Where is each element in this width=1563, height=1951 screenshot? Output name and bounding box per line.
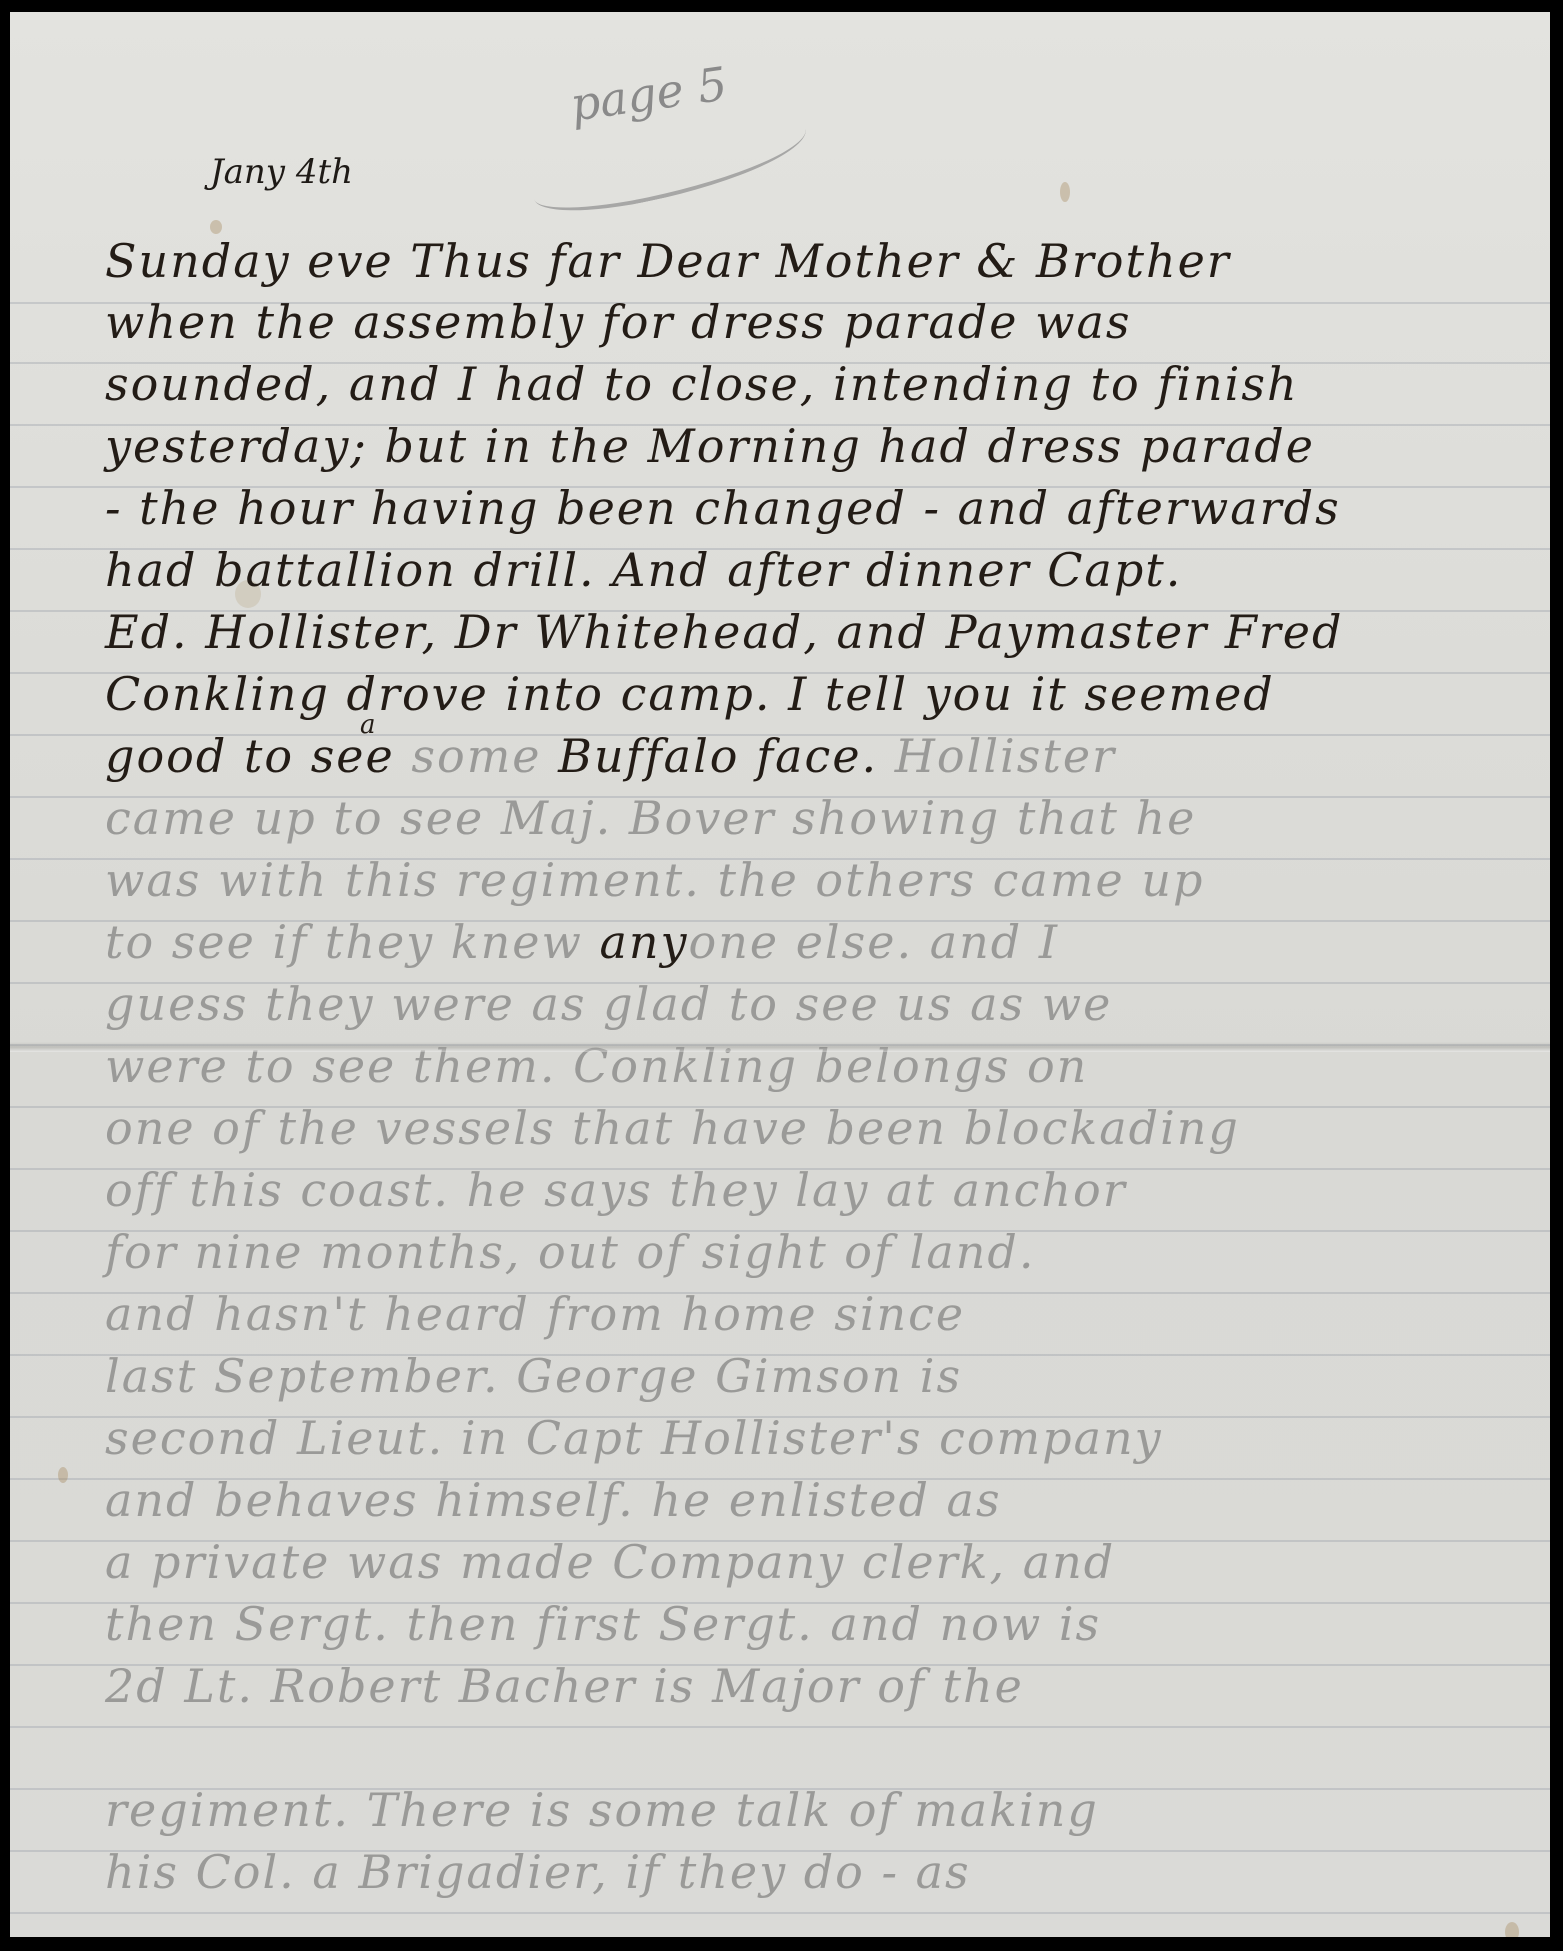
letter-line: his Col. a Brigadier, if they do - as [105, 1845, 971, 1899]
letter-line: Sunday eve Thus far Dear Mother & Brothe… [105, 234, 1231, 288]
letter-line: off this coast. he says they lay at anch… [105, 1163, 1127, 1217]
letter-line: had battallion drill. And after dinner C… [105, 543, 1182, 597]
letter-date: Jany 4th [210, 152, 353, 192]
letter-line: Ed. Hollister, Dr Whitehead, and Paymast… [105, 605, 1343, 659]
letter-line: then Sergt. then first Sergt. and now is [105, 1597, 1101, 1651]
letter-line: yesterday; but in the Morning had dress … [105, 419, 1315, 473]
letter-line: guess they were as glad to see us as we [105, 977, 1112, 1031]
letter-line: were to see them. Conkling belongs on [105, 1039, 1088, 1093]
letter-line: and hasn't heard from home since [105, 1287, 965, 1341]
stain [1060, 182, 1070, 202]
letter-line: sounded, and I had to close, intending t… [105, 357, 1299, 411]
letter-line: for nine months, out of sight of land. [105, 1225, 1035, 1279]
letter-line: one of the vessels that have been blocka… [105, 1101, 1240, 1155]
letter-line: came up to see Maj. Bover showing that h… [105, 791, 1196, 845]
letter-line-mixed: to see if they knew anyone else. and I [105, 915, 1059, 969]
letter-line: regiment. There is some talk of making [105, 1783, 1099, 1837]
rule-line [10, 1044, 1550, 1046]
letter-line: last September. George Gimson is [105, 1349, 962, 1403]
stain [58, 1467, 68, 1483]
letter-line: when the assembly for dress parade was [105, 295, 1131, 349]
stain [1505, 1922, 1519, 1937]
letter-line: was with this regiment. the others came … [105, 853, 1204, 907]
stain [210, 220, 222, 234]
letter-line: and behaves himself. he enlisted as [105, 1473, 1002, 1527]
letter-line: second Lieut. in Capt Hollister's compan… [105, 1411, 1163, 1465]
page-number-flourish [526, 104, 813, 225]
page-number-label: page 5 [567, 56, 730, 131]
letter-line: - the hour having been changed - and aft… [105, 481, 1341, 535]
letter-line: a private was made Company clerk, and [105, 1535, 1115, 1589]
letter-line: Conkling drove into camp. I tell you it … [105, 667, 1275, 721]
letter-line-mixed: good to see some Buffalo face. Hollister [105, 729, 1116, 783]
rule-line [10, 1726, 1550, 1728]
rule-line [10, 1912, 1550, 1914]
letter-page: page 5 Jany 4th Sunday eve Thus far Dear… [10, 12, 1550, 1937]
letter-line: 2d Lt. Robert Bacher is Major of the [105, 1659, 1024, 1713]
